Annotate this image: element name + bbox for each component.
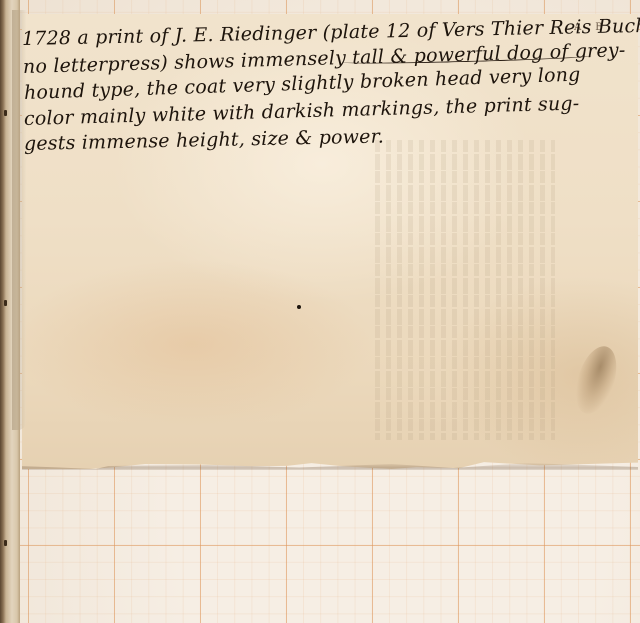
graph-paper-top-strip (18, 0, 640, 14)
binding-stitch (4, 110, 7, 116)
ink-dot (297, 305, 301, 309)
binding-stitch (4, 300, 7, 306)
document-scan: AB 1728 a print of J. E. Riedinger (plat… (0, 0, 640, 623)
binding-stitch (4, 540, 7, 546)
reverse-print-showthrough (375, 140, 555, 440)
